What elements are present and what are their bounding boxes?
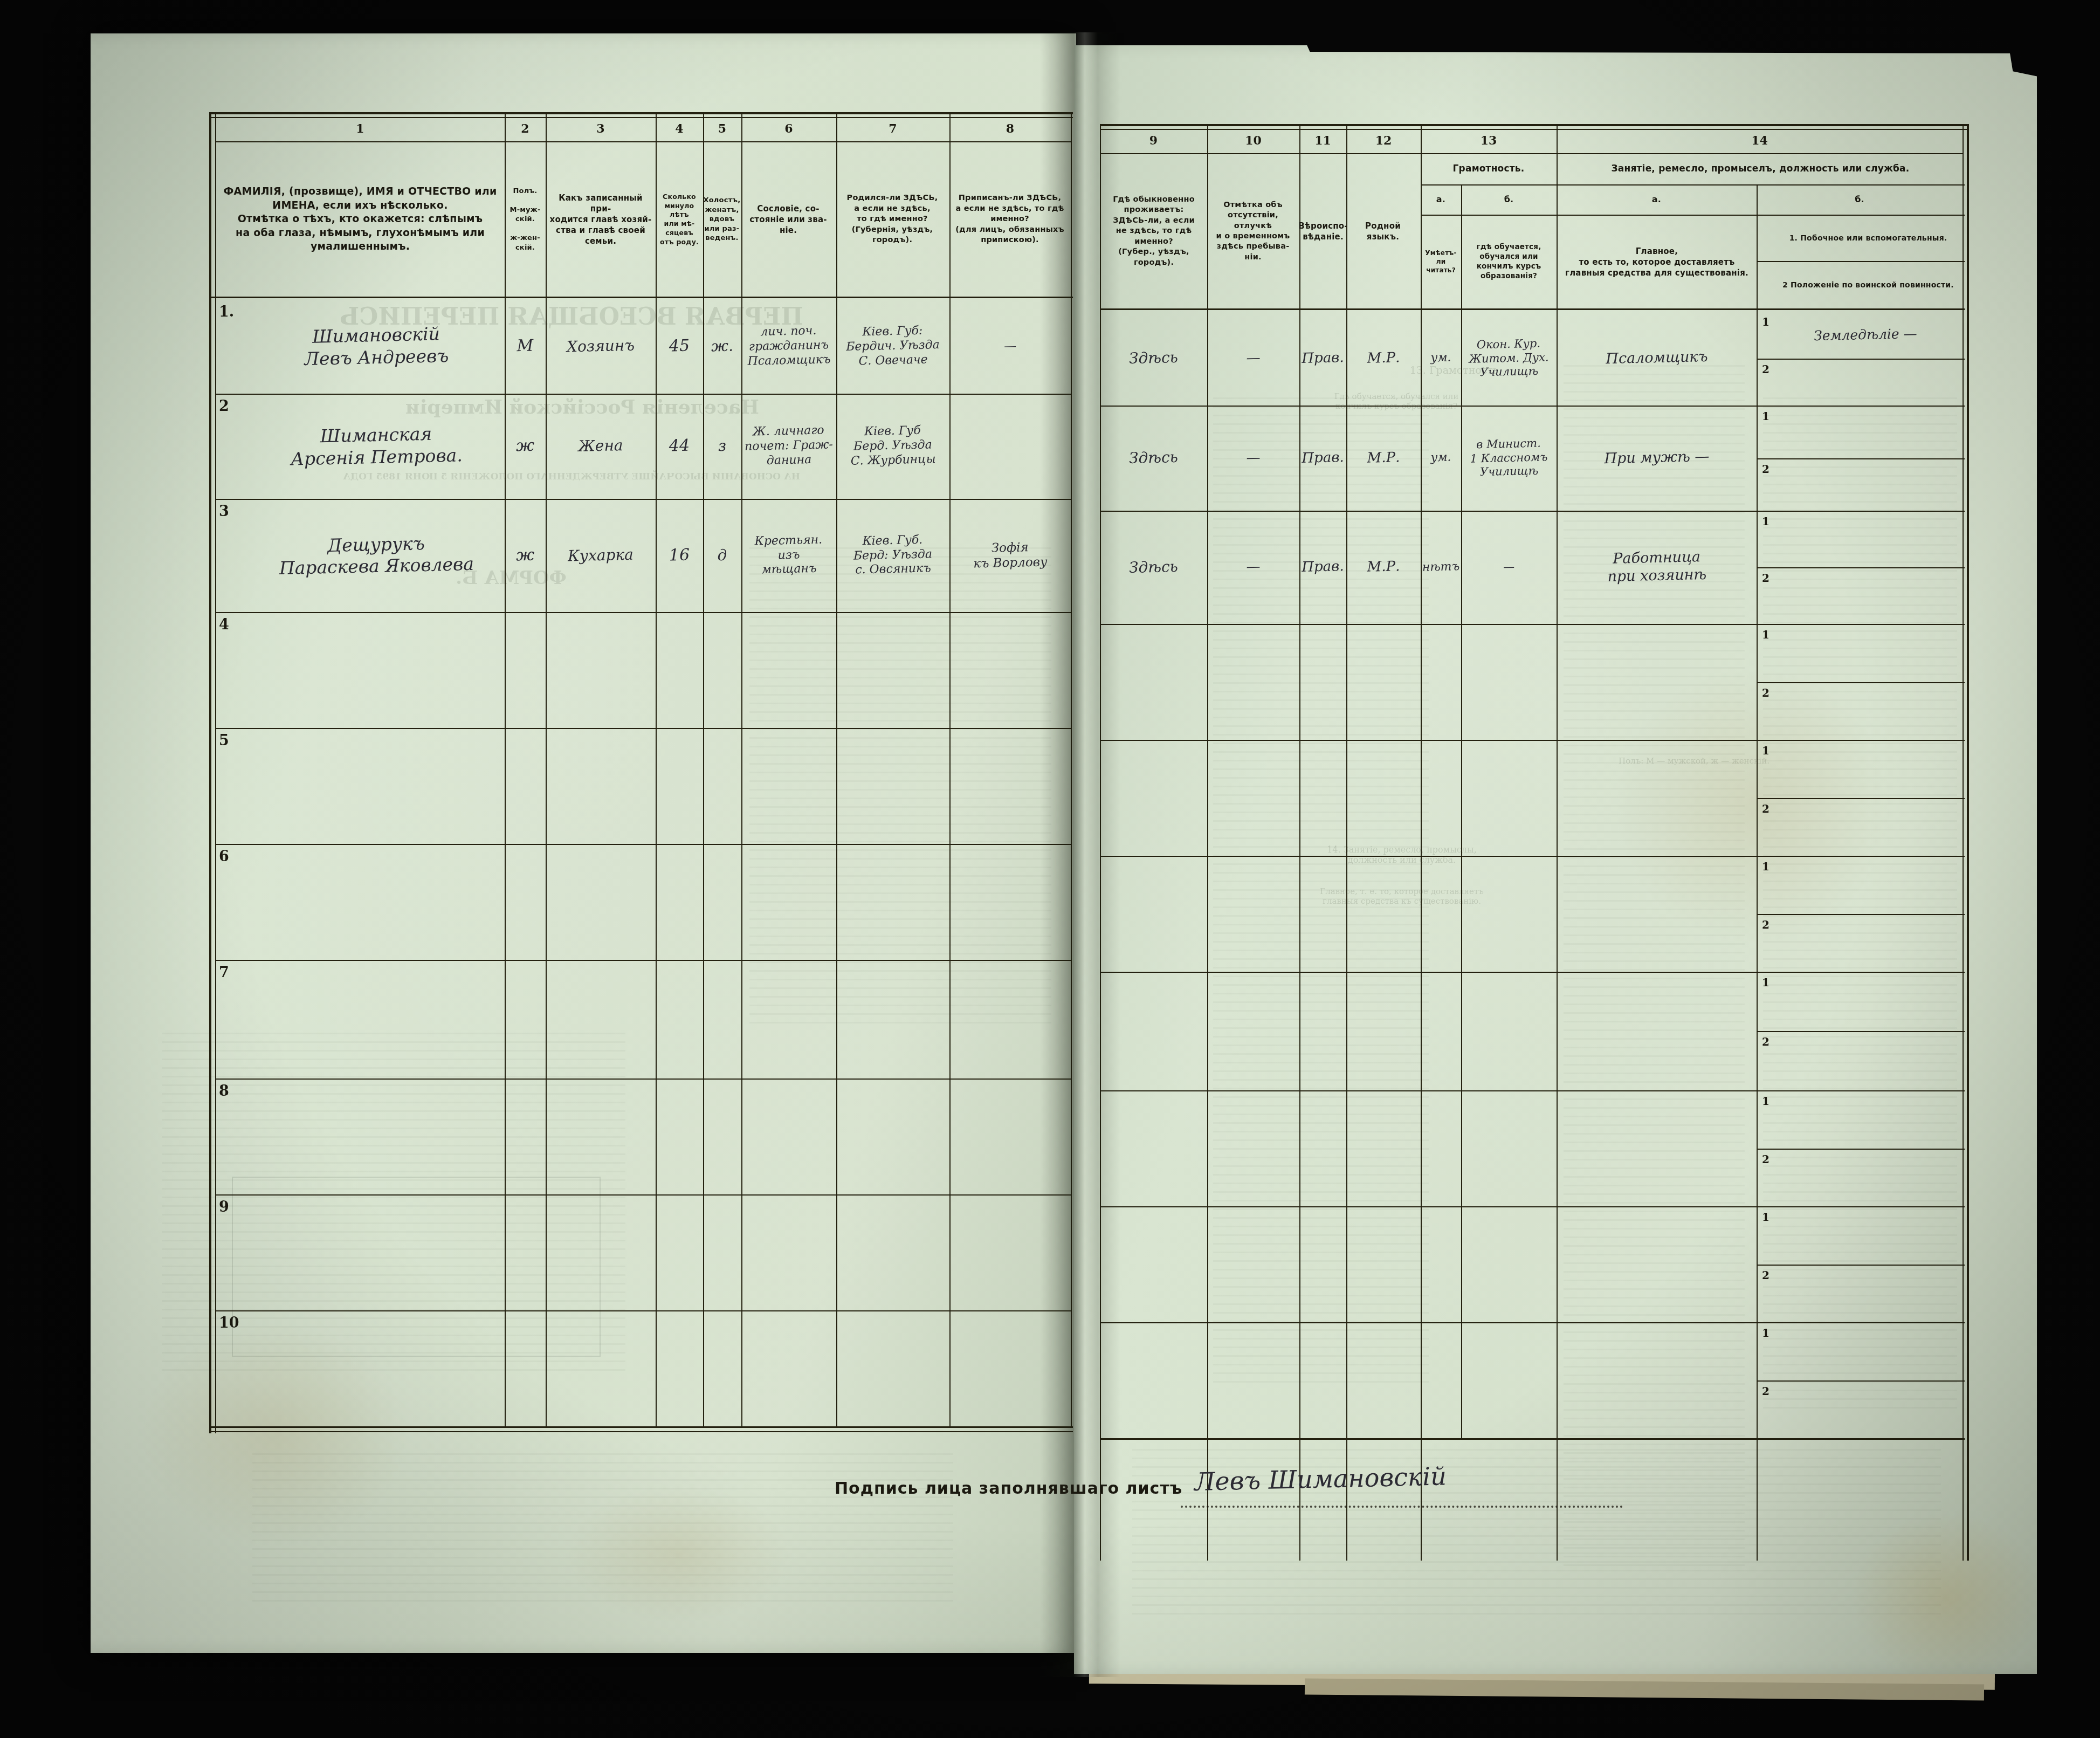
row-8-sub1-mark: 1 <box>1762 1095 1769 1108</box>
row-2-number: 2 <box>219 398 229 415</box>
row-1-relation: Хозяинъ <box>545 300 657 393</box>
grid-line <box>1100 856 1965 857</box>
row-3-language: М.Р. <box>1345 512 1422 622</box>
row-2-age: 44 <box>655 395 704 497</box>
grid-line <box>209 112 211 1433</box>
column-header-estate: Сословіе, со- стояніе или зва- ніе. <box>742 143 834 296</box>
row-2-sub1-mark: 1 <box>1762 410 1769 423</box>
row-2-estate: Ж. личнаго почет: Граж- данина <box>740 395 837 498</box>
row-6-sub2-mark: 2 <box>1762 918 1769 931</box>
row-3-occupation: Работница при хозяинѣ <box>1556 511 1758 624</box>
occupation-sub-a: Главное, то есть то, которое доставляетъ… <box>1560 217 1753 307</box>
row-2-name: Шиманская Арсенія Петрова. <box>251 393 501 499</box>
page-fold-shadow <box>1039 32 1120 1677</box>
row-5-sub1-mark: 1 <box>1762 744 1769 757</box>
column-header-literacy: Грамотность. <box>1421 153 1557 184</box>
grid-line <box>216 1310 1072 1311</box>
grid-line <box>1100 1206 1965 1207</box>
row-3-education: — <box>1460 512 1558 623</box>
signature-value: Левъ Шимановскій <box>1194 1452 1572 1503</box>
row-1-birthplace: Кіев. Губ: Бердич. Уѣзда С. Овечаче <box>835 300 951 393</box>
column-number: 10 <box>1207 129 1299 152</box>
row-3-sub2-mark: 2 <box>1762 572 1769 585</box>
column-header-occupation: Занятіе, ремесло, промыселъ, должность и… <box>1558 153 1963 184</box>
occupation-sub-b2: 2 Положеніе по воинской повинности. <box>1775 263 1961 307</box>
column-header-age: Сколько минуло лѣтъ или мѣ- сяцевъ отъ р… <box>657 143 702 296</box>
grid-line <box>1757 359 1965 360</box>
right-page: 13. Грамотность. Гдѣ обучается, обучался… <box>1074 45 2037 1674</box>
row-3-marital: д <box>702 500 743 610</box>
row-9-sub2-mark: 2 <box>1762 1269 1769 1282</box>
literacy-sub-b-head: б. <box>1461 184 1557 215</box>
grid-line <box>215 112 216 1433</box>
row-2-absence: — <box>1206 407 1300 510</box>
row-7-sub1-mark: 1 <box>1762 976 1769 989</box>
column-header-language: Родной языкъ. <box>1347 155 1419 307</box>
row-7-number: 7 <box>219 964 229 981</box>
bleedthrough-texture <box>749 540 1051 1026</box>
row-5-number: 5 <box>219 732 229 749</box>
column-number: 6 <box>741 118 836 140</box>
column-number: 1 <box>216 118 505 140</box>
row-4-sub2-mark: 2 <box>1762 686 1769 699</box>
column-number: 7 <box>836 118 949 140</box>
grid-line <box>1757 914 1965 915</box>
row-1-occupation: Псаломщикъ <box>1556 311 1758 406</box>
row-10-sub1-mark: 1 <box>1762 1327 1769 1339</box>
row-2-sex: ж <box>504 395 547 497</box>
row-3-number: 3 <box>219 503 229 520</box>
row-9-number: 9 <box>219 1199 229 1215</box>
grid-line <box>216 1078 1072 1080</box>
age-stain <box>1613 665 1894 946</box>
column-number: 11 <box>1299 129 1346 152</box>
row-8-number: 8 <box>219 1083 229 1100</box>
row-4-sub1-mark: 1 <box>1762 628 1769 641</box>
age-stain <box>565 1484 791 1624</box>
row-1-name: Шимановскій Левъ Андреевъ <box>251 299 501 394</box>
grid-line <box>1757 1380 1965 1382</box>
row-9-sub1-mark: 1 <box>1762 1211 1769 1224</box>
row-3-literacy: нѣтъ <box>1420 512 1463 622</box>
left-page: ПЕРВАЯ ВСЕОБЩАЯ ПЕРЕПИСЬ Населенія Россі… <box>91 33 1076 1653</box>
row-2-occupation: При мужѣ — <box>1556 406 1758 511</box>
grid-line <box>209 1431 1073 1432</box>
occupation-sub-b-head: б. <box>1757 184 1963 215</box>
grid-line <box>1757 1031 1965 1032</box>
row-3-birthplace: Кіев. Губ. Берд: Уѣзда с. Овсяникъ <box>835 500 951 612</box>
row-2-language: М.Р. <box>1345 407 1422 509</box>
grid-line <box>216 960 1072 961</box>
grid-line <box>1100 624 1965 625</box>
column-header-absence: Отмѣтка объ отсутствіи, отлучкѣ и о врем… <box>1208 155 1298 307</box>
row-3-absence: — <box>1206 512 1301 623</box>
row-1-side-occupation: Земледѣліе — <box>1769 311 1962 359</box>
age-stain <box>1850 1512 2044 1685</box>
grid-line <box>1100 406 1965 407</box>
grid-line <box>1757 682 1965 683</box>
row-1-sex: М <box>504 301 547 392</box>
grid-line <box>1757 458 1965 459</box>
row-8-sub2-mark: 2 <box>1762 1153 1769 1166</box>
column-number: 5 <box>703 118 741 140</box>
grid-line <box>1100 308 1965 310</box>
row-2-birthplace: Кіев. Губ Берд. Уѣзда С. Журбинцы <box>835 395 951 498</box>
grid-line <box>216 1194 1072 1196</box>
occupation-sub-b1: 1. Побочное или вспомогательныя. <box>1775 217 1961 260</box>
row-1-literacy: ум. <box>1420 313 1462 404</box>
row-1-language: М.Р. <box>1345 312 1422 404</box>
grid-line <box>1100 511 1965 512</box>
row-7-sub2-mark: 2 <box>1762 1035 1769 1048</box>
row-1-absence: — <box>1206 312 1300 404</box>
grid-line <box>1757 261 1965 262</box>
row-2-sub2-mark: 2 <box>1762 463 1769 476</box>
literacy-sub-b: гдѣ обучается, обучался или кончилъ курс… <box>1462 216 1555 307</box>
grid-line <box>1100 740 1965 741</box>
grid-line <box>1757 1265 1965 1266</box>
row-10-sub2-mark: 2 <box>1762 1385 1769 1398</box>
row-2-marital: з <box>702 395 742 497</box>
column-number: 2 <box>505 118 546 140</box>
grid-line <box>1963 124 1964 1561</box>
grid-line <box>1967 124 1969 1561</box>
row-3-estate: Крестьян. изъ мѣщанъ <box>740 500 838 611</box>
grid-line <box>1100 1322 1965 1323</box>
grid-line <box>209 112 1073 114</box>
row-3-religion: Прав. <box>1298 512 1348 622</box>
column-header-religion: Вѣроиспо- вѣданіе. <box>1300 155 1346 307</box>
age-stain <box>139 1322 409 1549</box>
literacy-sub-a: Умѣетъ- ли читать? <box>1421 216 1461 307</box>
grid-line <box>216 141 1072 142</box>
column-header-relation: Какъ записанный при- ходится главѣ хозяй… <box>548 143 653 296</box>
grid-line <box>1100 972 1965 973</box>
occupation-sub-a-head: а. <box>1557 184 1757 215</box>
scanned-census-sheet-photo: ПЕРВАЯ ВСЕОБЩАЯ ПЕРЕПИСЬ Населенія Россі… <box>0 0 2100 1738</box>
row-1-marital: ж. <box>702 301 742 392</box>
grid-line <box>1100 1438 1965 1440</box>
row-1-sub1-mark: 1 <box>1762 315 1769 328</box>
grid-line <box>216 612 1072 613</box>
signature-label: Подпись лица заполнявшаго листъ <box>835 1476 1183 1501</box>
row-3-name: Дещурукъ Параскева Яковлева <box>251 498 501 613</box>
grid-line <box>216 728 1072 729</box>
row-2-religion: Прав. <box>1298 407 1347 509</box>
column-header-birthplace: Родился-ли ЗДѢСЬ, а если не здѣсь, то гд… <box>837 143 947 296</box>
grid-line <box>1757 1149 1965 1150</box>
grid-line <box>216 844 1072 845</box>
grid-line <box>209 1426 1073 1428</box>
row-10-number: 10 <box>219 1315 239 1331</box>
row-5-sub2-mark: 2 <box>1762 802 1769 815</box>
row-1-age: 45 <box>655 301 704 392</box>
row-2-education: в Минист. 1 Классномъ Училищѣ <box>1460 407 1558 510</box>
row-3-relation: Кухарка <box>545 500 657 612</box>
literacy-sub-a-head: а. <box>1421 184 1461 215</box>
row-4-number: 4 <box>219 616 229 633</box>
grid-line <box>1757 798 1965 799</box>
row-3-sub1-mark: 1 <box>1762 515 1769 528</box>
row-1-education: Окон. Кур. Житом. Дух. Училищѣ <box>1460 312 1558 404</box>
row-2-literacy: ум. <box>1420 407 1462 509</box>
grid-line <box>1757 567 1965 568</box>
column-number: 12 <box>1346 129 1421 152</box>
row-6-number: 6 <box>219 848 229 865</box>
row-1-religion: Прав. <box>1298 313 1347 404</box>
column-number: 14 <box>1557 129 1963 152</box>
column-header-name: ФАМИЛІЯ, (прозвище), ИМЯ и ОТЧЕСТВО или … <box>223 145 497 294</box>
row-3-sex: ж <box>504 500 547 610</box>
column-number: 3 <box>546 118 656 140</box>
column-number: 13 <box>1421 129 1557 152</box>
row-1-estate: лич. поч. гражданинъ Псаломщикъ <box>740 300 837 393</box>
row-2-relation: Жена <box>545 395 657 498</box>
row-3-age: 16 <box>655 500 705 610</box>
column-header-marital: Холостъ, женатъ, вдовъ или раз- веденъ. <box>704 143 740 296</box>
row-6-sub1-mark: 1 <box>1762 860 1769 873</box>
grid-line <box>1100 1090 1965 1091</box>
row-1-number: 1. <box>219 304 234 320</box>
column-header-sex: Полъ. М-муж- скій. ж-жен- скій. <box>506 143 545 296</box>
column-number: 4 <box>656 118 703 140</box>
row-1-sub2-mark: 2 <box>1762 363 1769 376</box>
grid-line <box>209 297 1073 298</box>
grid-line <box>1100 124 1969 126</box>
